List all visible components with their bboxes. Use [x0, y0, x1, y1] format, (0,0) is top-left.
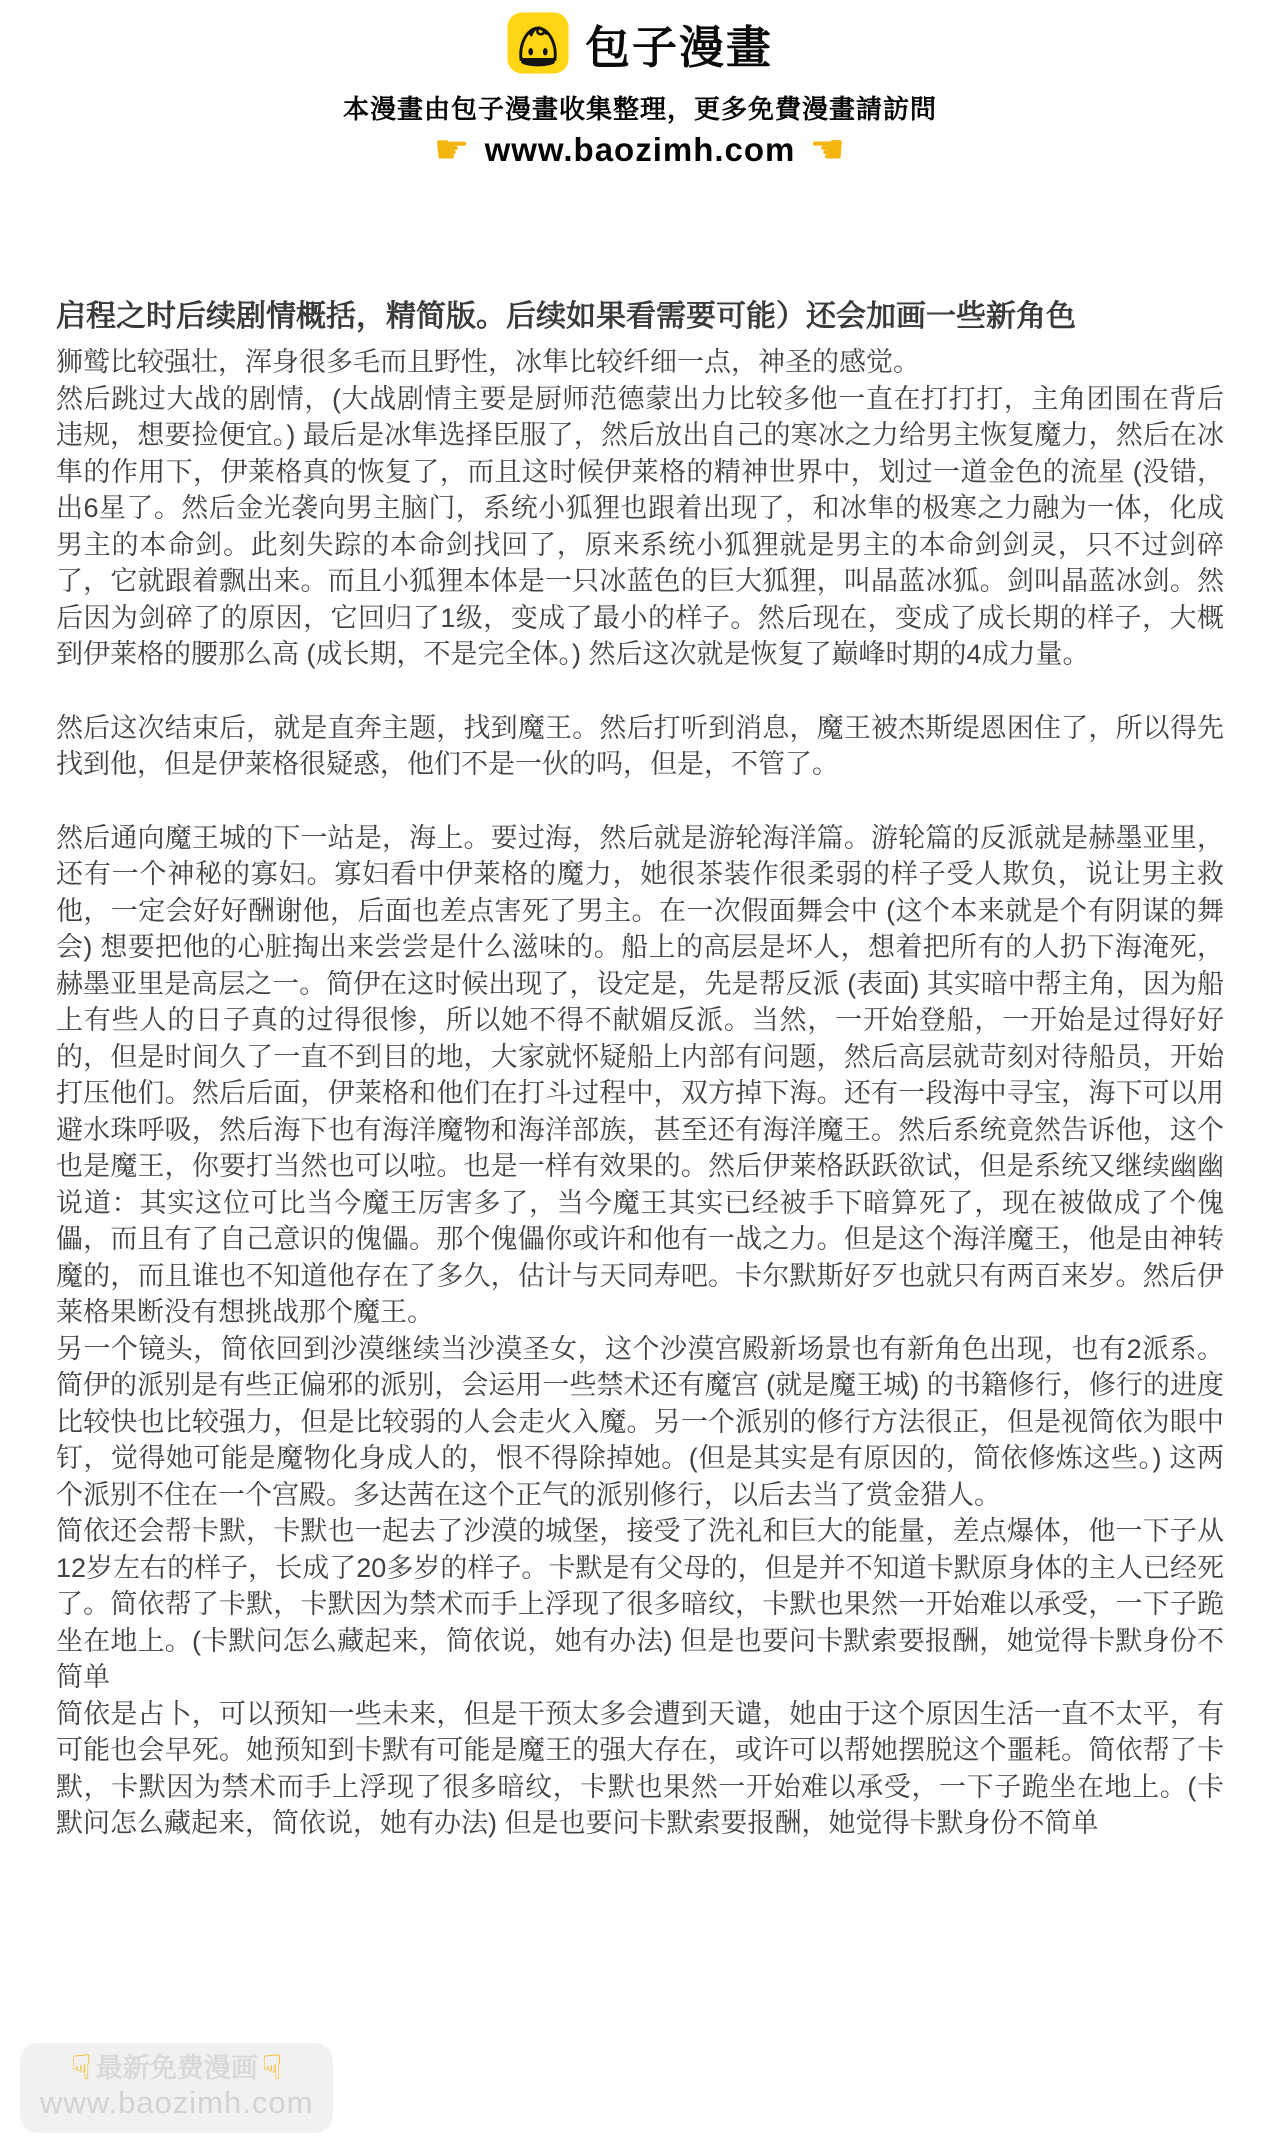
- watermark-box: ☟ 最新免费漫画 ☟ www.baozimh.com: [20, 2043, 333, 2133]
- point-down-icon: ☟: [262, 2051, 283, 2085]
- article-body: 狮鹫比较强壮，浑身很多毛而且野性，冰隼比较纤细一点，神圣的感觉。然后跳过大战的剧…: [56, 344, 1224, 1842]
- paragraph: 然后跳过大战的剧情，(大战剧情主要是厨师范德蒙出力比较多他一直在打打打，主角团围…: [56, 381, 1224, 673]
- article-title: 启程之时后续剧情概括，精简版。后续如果看需要可能）还会加画一些新角色: [56, 295, 1224, 339]
- watermark-line1: ☟ 最新免费漫画 ☟: [40, 2051, 313, 2085]
- paragraph: 然后这次结束后，就是直奔主题，找到魔王。然后打听到消息，魔王被杰斯缇恩困住了，所…: [56, 710, 1224, 783]
- point-down-icon: ☟: [71, 2051, 92, 2085]
- watermark-url[interactable]: www.baozimh.com: [40, 2085, 313, 2121]
- watermark-text: 最新免费漫画: [96, 2051, 258, 2085]
- article: 启程之时后续剧情概括，精简版。后续如果看需要可能）还会加画一些新角色 狮鹫比较强…: [0, 295, 1280, 1842]
- site-url-link[interactable]: ☛ www.baozimh.com ☚: [0, 128, 1280, 172]
- paragraph: 简依还会帮卡默，卡默也一起去了沙漠的城堡，接受了洗礼和巨大的能量，差点爆体，他一…: [56, 1513, 1224, 1696]
- point-left-icon: ☚: [809, 130, 846, 170]
- site-url[interactable]: www.baozimh.com: [485, 128, 796, 172]
- brand-name: 包子漫畫: [585, 11, 773, 76]
- header-subtitle: 本漫畫由包子漫畫收集整理，更多免費漫畫請訪問: [0, 92, 1280, 126]
- baozi-bun-icon: [507, 12, 569, 74]
- brand-row: 包子漫畫: [0, 10, 1280, 76]
- paragraph: 另一个镜头，简依回到沙漠继续当沙漠圣女，这个沙漠宫殿新场景也有新角色出现，也有2…: [56, 1331, 1224, 1514]
- paragraph: 然后通向魔王城的下一站是，海上。要过海，然后就是游轮海洋篇。游轮篇的反派就是赫墨…: [56, 820, 1224, 1331]
- point-right-icon: ☛: [434, 130, 471, 170]
- paragraph: 狮鹫比较强壮，浑身很多毛而且野性，冰隼比较纤细一点，神圣的感觉。: [56, 344, 1224, 381]
- site-header: 包子漫畫 本漫畫由包子漫畫收集整理，更多免費漫畫請訪問 ☛ www.baozim…: [0, 0, 1280, 172]
- paragraph: 简依是占卜，可以预知一些未来，但是干预太多会遭到天谴，她由于这个原因生活一直不太…: [56, 1696, 1224, 1842]
